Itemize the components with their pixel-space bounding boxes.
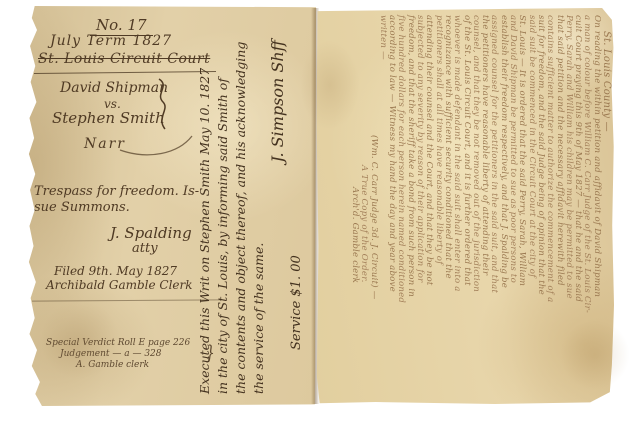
- handwriting-line: suit for freedom, and the said Judge bei…: [536, 15, 545, 399]
- handwriting-line: whoever is made defendant in the said su…: [452, 15, 461, 399]
- handwriting-line: petitioners shall at all times have reas…: [433, 15, 442, 399]
- flourish-icon: [118, 134, 198, 168]
- handwriting-line: assigned counsel for the petitioners in …: [489, 15, 498, 399]
- handwriting-line: recognizance with sufficient security co…: [443, 15, 452, 399]
- cause-of-action-cont: sue Summons.: [34, 200, 130, 215]
- handwriting-line: the petitioners have reasonable liberty …: [480, 15, 489, 399]
- handwriting-line: five hundred dollars for each person her…: [396, 15, 405, 399]
- sheriff-signature: J. Simpson Shff: [268, 14, 288, 394]
- handwriting-line: the contents and object thereof, and his…: [232, 14, 250, 394]
- handwriting-line: according to law — Witness my hand the d…: [387, 15, 396, 399]
- attorney-title: atty: [132, 241, 158, 256]
- clerk-signature: Archibald Gamble Clerk: [46, 278, 193, 292]
- handwriting-line: A True Copy of the Order.: [359, 15, 368, 399]
- handwriting-line: and David Shipman be permitted to sue as…: [508, 15, 517, 399]
- ink-rule: [34, 71, 216, 74]
- plaintiff-name: David Shipman: [60, 80, 168, 96]
- scanned-document: No. 17 July Term 1827 St. Louis Circuit …: [0, 0, 640, 422]
- handwriting-line: subjected to any severity by reason of t…: [415, 15, 424, 399]
- attorney-signature: J. Spalding: [110, 224, 192, 242]
- handwriting-line: attending their counsel and the Court, a…: [424, 15, 433, 399]
- handwriting-line: (Wm. C. Carr Judge 3d. J. Circuit) —: [368, 15, 377, 399]
- record-roll-reference: Special Verdict Roll E page 226: [46, 338, 190, 349]
- handwriting-line: freedom, and that the sheriff take a bon…: [405, 15, 414, 399]
- service-fee: Service $1. 00: [288, 14, 306, 394]
- handwriting-line: contains sufficient matter to authorize …: [545, 15, 554, 399]
- handwriting-line: Perry, Sarah and William his children ma…: [564, 15, 573, 399]
- handwriting-line: in the city of St. Louis, by informing s…: [214, 14, 232, 394]
- court-order: St. Louis County — On reading the within…: [343, 15, 611, 399]
- handwriting-line: counsel, and that they be not removed ou…: [471, 15, 480, 399]
- sheriff-return: Executed this Writ on Stephen Smith May …: [196, 14, 308, 394]
- court-name: St. Louis Circuit Court: [38, 51, 210, 67]
- cause-of-action: Trespass for freedom. Is-: [34, 184, 199, 199]
- document-left-page: No. 17 July Term 1827 St. Louis Circuit …: [26, 6, 316, 406]
- handwriting-line: the service of the same.: [250, 14, 268, 394]
- handwriting-line: that said petition and the necessary aff…: [554, 15, 563, 399]
- ink-rule: [32, 299, 220, 301]
- county-heading: St. Louis County —: [602, 15, 611, 399]
- recording-note: Special Verdict Roll E page 226 Judgemen…: [46, 338, 190, 371]
- handwriting-line: Executed this Writ on Stephen Smith May …: [196, 14, 214, 394]
- defendant-name: Stephen Smith: [52, 109, 165, 127]
- court-term: July Term 1827: [50, 33, 172, 49]
- order-body: On reading the within petition and affid…: [350, 15, 601, 399]
- filing-date: Filed 9th. May 1827: [54, 264, 177, 278]
- record-judgment-reference: Judgement — a — 328: [60, 349, 190, 360]
- brace-icon: [154, 76, 174, 132]
- record-clerk-signature: A. Gamble clerk: [76, 360, 190, 371]
- handwriting-line: St. Louis — It is ordered that the said …: [517, 15, 526, 399]
- handwriting-line: of the St. Louis Circuit Court, and it i…: [461, 15, 470, 399]
- return-lines: Executed this Writ on Stephen Smith May …: [196, 14, 268, 394]
- handwriting-line: On reading the within petition and affid…: [591, 15, 600, 399]
- handwriting-line: Arch'd. Gamble clerk: [350, 15, 359, 399]
- handwriting-line: a man of colour before William C. Carr J…: [582, 15, 591, 399]
- handwriting-line: establish their freedom respectively, an…: [498, 15, 507, 399]
- handwriting-line: cuit Court praying this 9th of May 1827 …: [573, 15, 582, 399]
- document-right-page: St. Louis County — On reading the within…: [316, 8, 614, 404]
- handwriting-line: said suit be commenced in the Circuit Co…: [526, 15, 535, 399]
